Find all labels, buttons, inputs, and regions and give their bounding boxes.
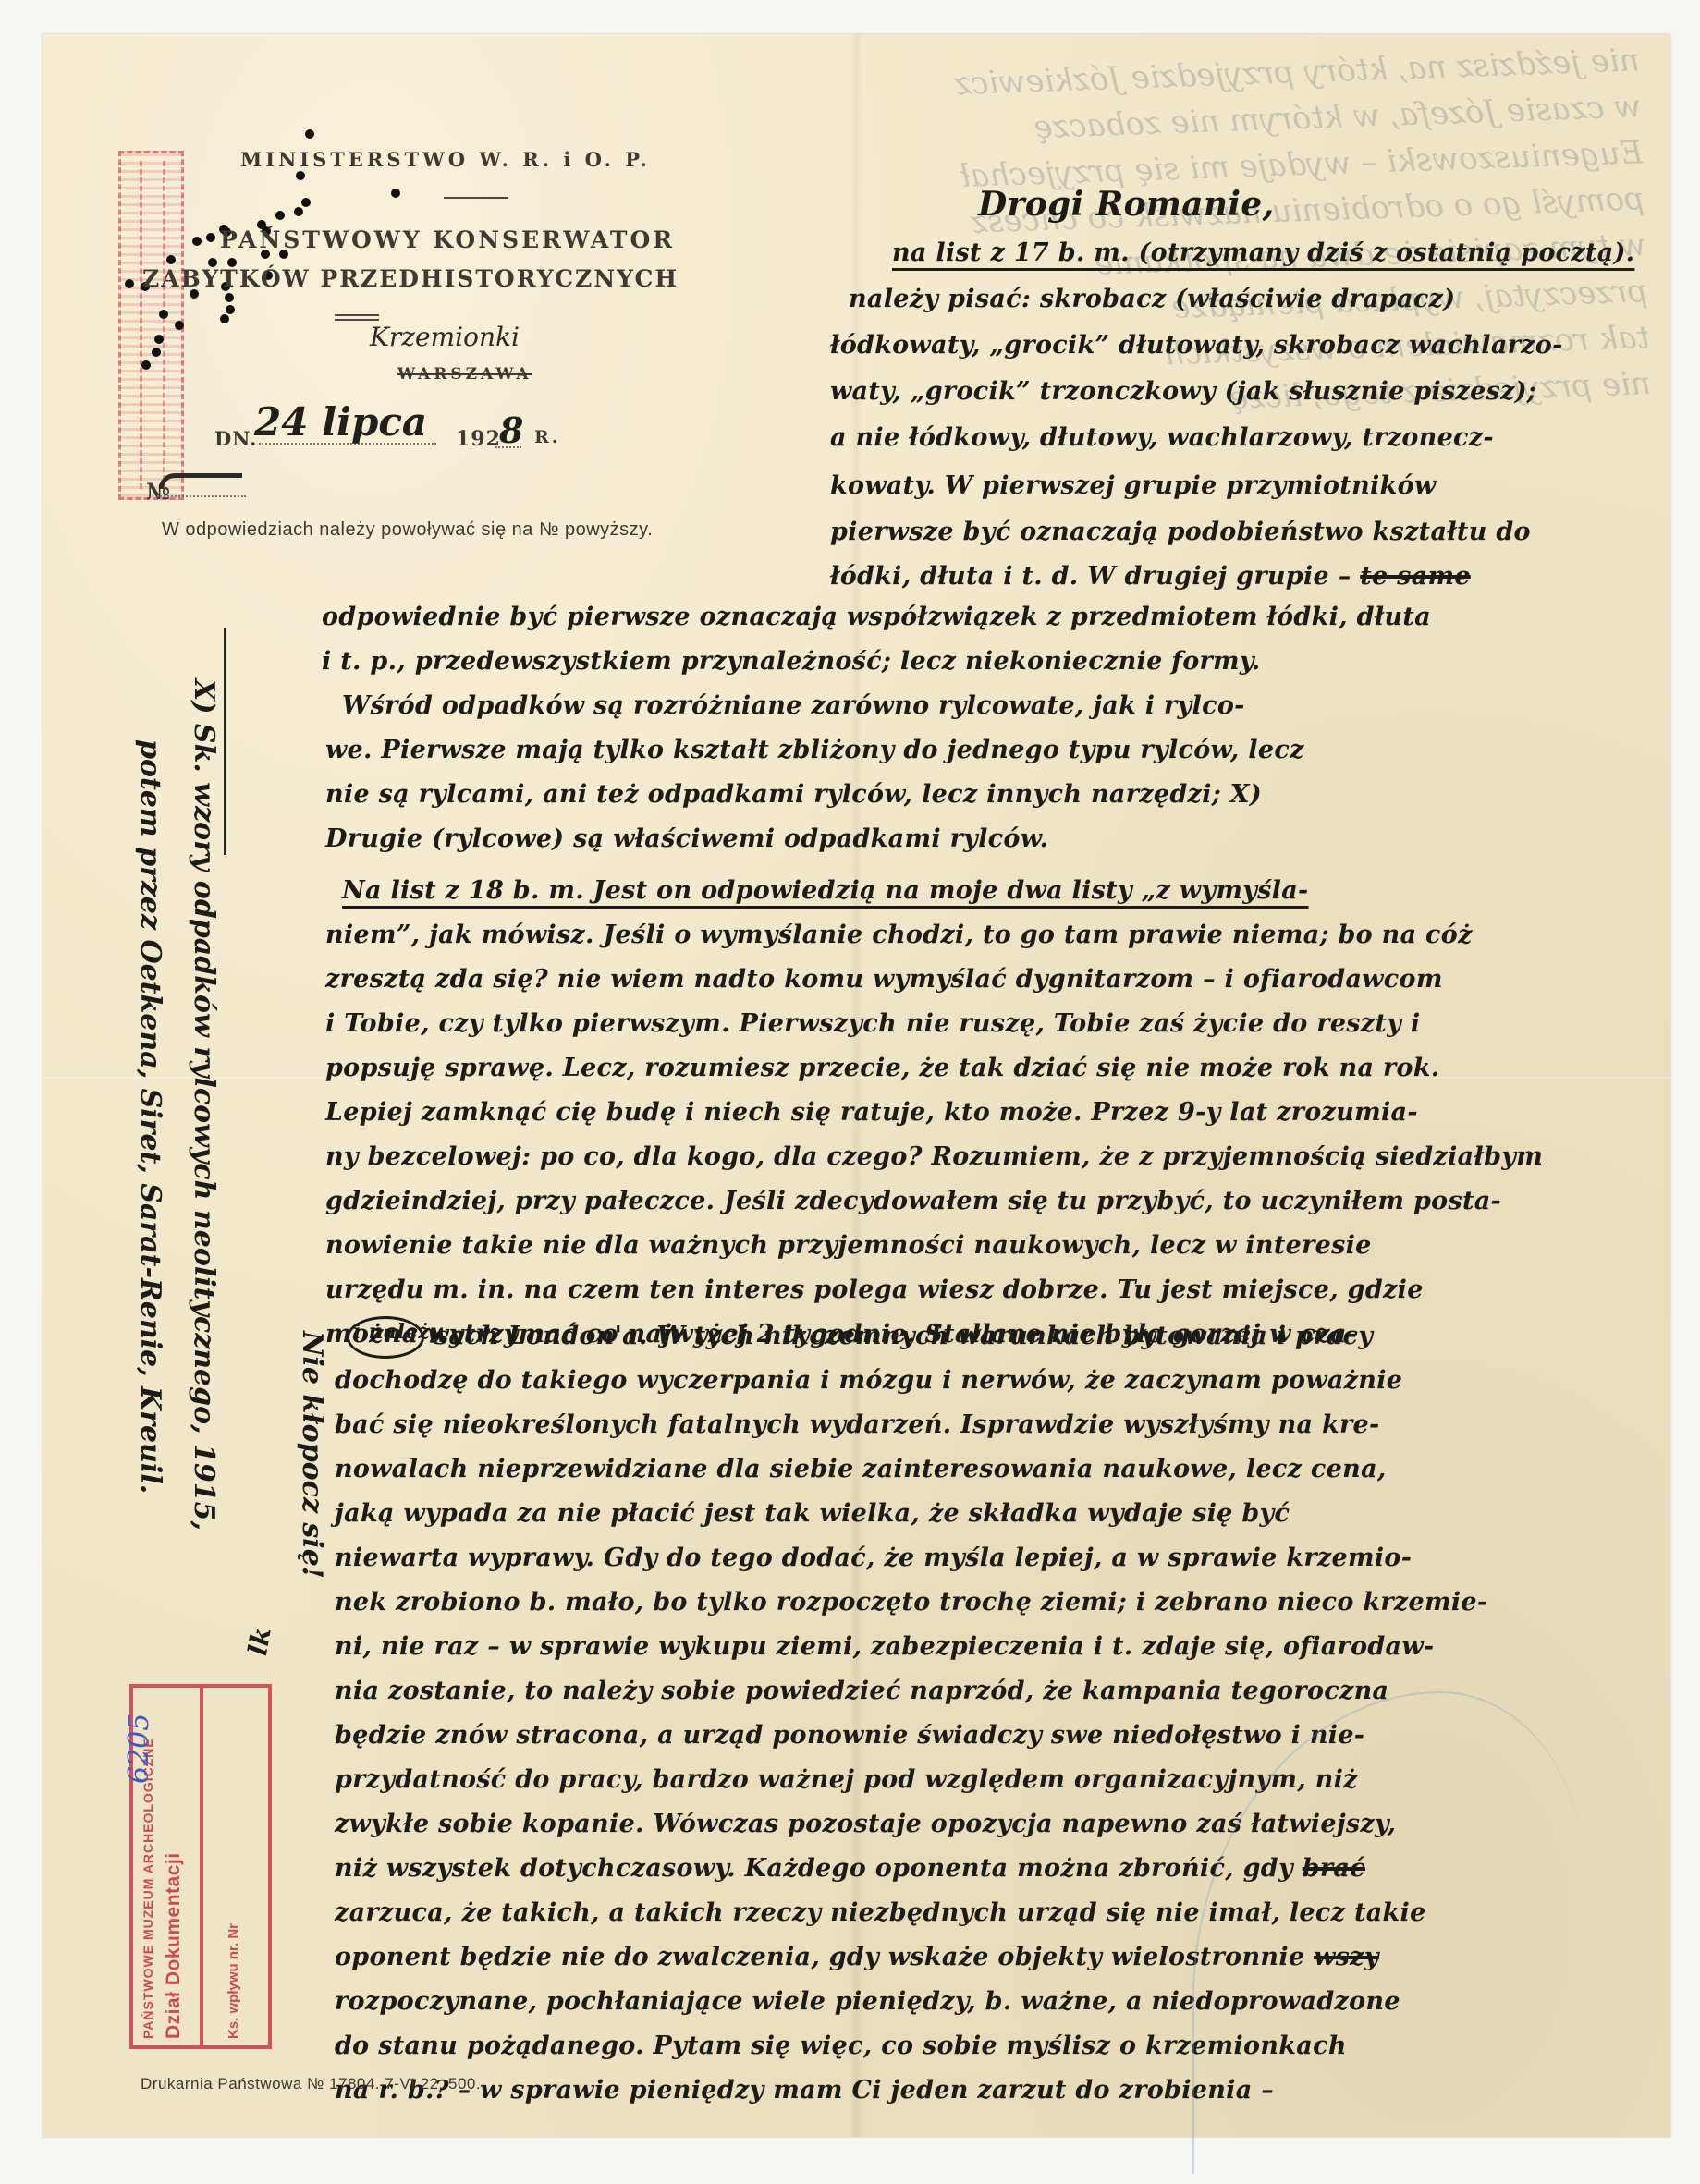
number-handwritten-dash (159, 473, 242, 489)
letter-line: niż wszystek dotychczasowy. Każdego opon… (335, 1854, 1365, 1883)
letter-greeting: Drogi Romanie, (978, 185, 1274, 224)
letter-line: gdzieindziej, przy pałeczce. Jeśli zdecy… (325, 1187, 1501, 1215)
stamp-department: Dział Dokumentacji (163, 1852, 185, 2039)
stamp-initials: lk (242, 1625, 277, 1657)
letter-line: waty, „grocik” trzonczkowy (jak słusznie… (830, 377, 1536, 406)
letter-line: odpowiednie być pierwsze oznaczają współ… (322, 603, 1431, 631)
letter-line: nek zrobiono b. mało, bo tylko rozpoczęt… (335, 1588, 1487, 1617)
number-dotted-line (157, 495, 246, 497)
letter-line: nie są rylcami, ani też odpadkami rylców… (325, 780, 1262, 809)
letter-line: nowalach nieprzewidziane dla siebie zain… (335, 1455, 1387, 1483)
letter-line: pierwsze być oznaczają podobieństwo kszt… (830, 518, 1531, 546)
margin-footnote-line1: X) Sk. wzory odpadków rylcowych neolityc… (188, 679, 220, 1531)
letter-line: niem”, jak mówisz. Jeśli o wymyślanie ch… (325, 921, 1473, 949)
double-rule (335, 314, 379, 316)
letter-line: urzędu m. in. na czem ten interes polega… (325, 1275, 1424, 1304)
handwritten-city: Krzemionki (370, 322, 520, 352)
stamp-divider (200, 1688, 203, 2045)
letter-line: jaką wypada za nie płacić jest tak wielk… (335, 1499, 1290, 1528)
letter-line: Drugie (rylcowe) są właściwemi odpadkami… (325, 824, 1048, 853)
letter-line: niewarta wyprawy. Gdy do tego dodać, że … (335, 1543, 1412, 1572)
office-heading-line1: PAŃSTWOWY KONSERWATOR (220, 226, 675, 253)
year-suffix: R. (534, 427, 560, 447)
letter-line: Lepiej zamknąć cię budę i niech się ratu… (325, 1098, 1418, 1127)
handwritten-date: 24 lipca (254, 399, 427, 445)
letter-line: i Tobie, czy tylko pierwszym. Pierwszych… (325, 1009, 1420, 1038)
stamp-register-label: Ks. wpływu nr. Nr (226, 1923, 241, 2039)
letter-line: kowaty. W pierwszej grupie przymiotników (830, 471, 1436, 500)
letter-line: będzie znów stracona, a urząd ponownie ś… (335, 1721, 1364, 1750)
letter-line: na list z 17 b. m. (otrzymany dziś z ost… (892, 238, 1634, 267)
printer-footer: Drukarnia Państwowa № 17804. 7-VI 22. 50… (141, 2075, 481, 2093)
stamp-register-number: 6205 (123, 1714, 155, 1784)
letter-line: Wśród odpadków są rozróżniane zarówno ry… (342, 691, 1245, 720)
office-heading-line2: ZABYTKÓW PRZEDHISTORYCZNYCH (142, 265, 679, 292)
letter-line: we. Pierwsze mają tylko kształt zbliżony… (325, 736, 1304, 764)
letter-line: nowienie takie nie dla ważnych przyjemno… (325, 1231, 1372, 1260)
letter-line: nia zostanie, to należy sobie powiedzieć… (335, 1677, 1388, 1705)
year-printed: 192 (456, 427, 501, 451)
letter-line: ny bezcelowej: po co, dla kogo, dla czeg… (325, 1142, 1543, 1171)
letter-line: ni, nie raz – w sprawie wykupu ziemi, za… (335, 1632, 1434, 1661)
circled-annotation-text: i należy (353, 1320, 442, 1344)
letter-line: dochodzę do takiego wyczerpania i mózgu … (335, 1366, 1402, 1395)
struck-word: te same (1360, 562, 1471, 591)
bleed-through-text: nie jeździsz na, który przyjedzie Józkie… (853, 37, 1651, 433)
letter-line: Na list z 18 b. m. Jest on odpowiedzią n… (342, 876, 1309, 905)
letter-line: i t. p., przedewszystkiem przynależność;… (322, 647, 1261, 676)
letter-line-text: niż wszystek dotychczasowy. Każdego opon… (335, 1854, 1293, 1883)
letter-line: sach London'a. W tych nikczemnych warunk… (434, 1322, 1373, 1350)
letter-line: łódki, dłuta i t. d. W drugiej grupie – … (830, 562, 1471, 591)
reference-note: W odpowiedziach należy powoływać się na … (162, 519, 653, 541)
letter-line: należy pisać: skrobacz (właściwie drapac… (849, 285, 1455, 313)
ministry-heading: MINISTERSTWO W. R. i O. P. (240, 148, 651, 171)
margin-word: Nie kłopocz się! (296, 1331, 328, 1579)
letter-line: popsuję sprawę. Lecz, rozumiesz przecie,… (325, 1054, 1440, 1082)
struck-city: WARSZAWA (397, 365, 532, 384)
heading-rule (444, 197, 508, 199)
letter-line: a nie łódkowy, dłutowy, wachlarzowy, trz… (830, 423, 1494, 452)
letter-line: zresztą zda się? nie wiem nadto komu wym… (325, 965, 1443, 994)
letter-line-text: oponent będzie nie do zwalczenia, gdy ws… (335, 1943, 1304, 1971)
letter-line: bać się nieokreślonych fatalnych wydarze… (335, 1410, 1380, 1439)
date-label: DN. (214, 427, 257, 450)
letter-line: łódkowaty, „grocik” dłutowaty, skrobacz … (830, 331, 1563, 360)
margin-bar (224, 628, 226, 855)
letter-line: przydatność do pracy, bardzo ważnej pod … (335, 1765, 1358, 1794)
margin-footnote-line2: potem przez Oetkena, Siret, Sarat-Renie,… (134, 739, 166, 1494)
letter-line-text: łódki, dłuta i t. d. W drugiej grupie – (830, 562, 1351, 591)
handwritten-year-digit: 8 (499, 409, 523, 451)
